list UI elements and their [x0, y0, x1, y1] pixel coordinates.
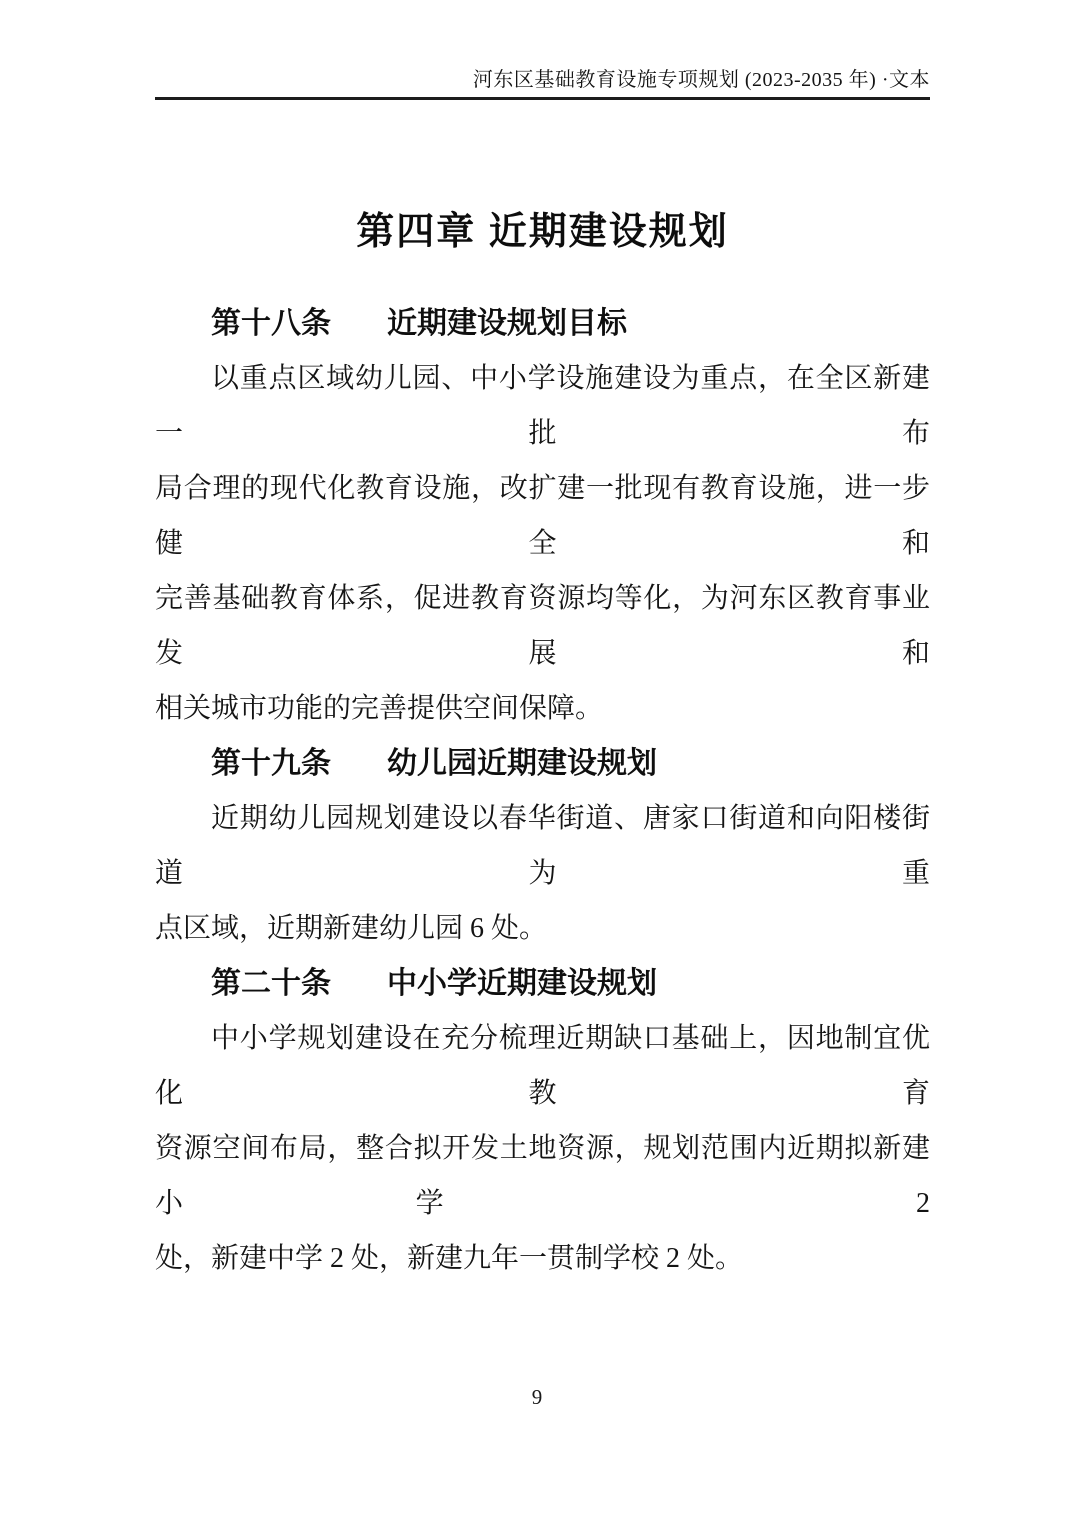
body-line: 以重点区域幼儿园、中小学设施建设为重点，在全区新建一批布 — [155, 351, 930, 461]
section-body: 近期幼儿园规划建设以春华街道、唐家口街道和向阳楼街道为重 点区域，近期新建幼儿园… — [155, 791, 930, 956]
section-title: 幼儿园近期建设规划 — [387, 747, 657, 780]
section-title: 近期建设规划目标 — [387, 307, 627, 340]
body-line: 近期幼儿园规划建设以春华街道、唐家口街道和向阳楼街道为重 — [155, 791, 930, 901]
body-line: 资源空间布局，整合拟开发土地资源，规划范围内近期拟新建小学 2 — [155, 1121, 930, 1231]
body-line: 处，新建中学 2 处，新建九年一贯制学校 2 处。 — [155, 1231, 930, 1286]
page-header: 河东区基础教育设施专项规划 (2023-2035 年) ·文本 — [155, 0, 930, 92]
chapter-title: 第四章 近期建设规划 — [155, 208, 930, 256]
section-article-20: 第二十条中小学近期建设规划 中小学规划建设在充分梳理近期缺口基础上，因地制宜优化… — [155, 956, 930, 1286]
section-heading: 第二十条中小学近期建设规划 — [155, 956, 930, 1011]
body-line: 点区域，近期新建幼儿园 6 处。 — [155, 901, 930, 956]
section-number: 第十九条 — [211, 747, 331, 780]
section-article-18: 第十八条近期建设规划目标 以重点区域幼儿园、中小学设施建设为重点，在全区新建一批… — [155, 296, 930, 736]
body-line: 局合理的现代化教育设施，改扩建一批现有教育设施，进一步健全和 — [155, 461, 930, 571]
page-number: 9 — [0, 1385, 1074, 1410]
section-body: 以重点区域幼儿园、中小学设施建设为重点，在全区新建一批布 局合理的现代化教育设施… — [155, 351, 930, 736]
section-number: 第二十条 — [211, 967, 331, 1000]
section-article-19: 第十九条幼儿园近期建设规划 近期幼儿园规划建设以春华街道、唐家口街道和向阳楼街道… — [155, 736, 930, 956]
body-line: 中小学规划建设在充分梳理近期缺口基础上，因地制宜优化教育 — [155, 1011, 930, 1121]
section-heading: 第十八条近期建设规划目标 — [155, 296, 930, 351]
section-number: 第十八条 — [211, 307, 331, 340]
header-rule — [155, 97, 930, 100]
header-text: 河东区基础教育设施专项规划 (2023-2035 年) ·文本 — [473, 69, 930, 91]
body-line: 相关城市功能的完善提供空间保障。 — [155, 681, 930, 736]
section-title: 中小学近期建设规划 — [387, 967, 657, 1000]
section-heading: 第十九条幼儿园近期建设规划 — [155, 736, 930, 791]
document-content: 第十八条近期建设规划目标 以重点区域幼儿园、中小学设施建设为重点，在全区新建一批… — [155, 296, 930, 1286]
body-line: 完善基础教育体系，促进教育资源均等化，为河东区教育事业发展和 — [155, 571, 930, 681]
section-body: 中小学规划建设在充分梳理近期缺口基础上，因地制宜优化教育 资源空间布局，整合拟开… — [155, 1011, 930, 1286]
document-page: 河东区基础教育设施专项规划 (2023-2035 年) ·文本 第四章 近期建设… — [0, 0, 1074, 1518]
